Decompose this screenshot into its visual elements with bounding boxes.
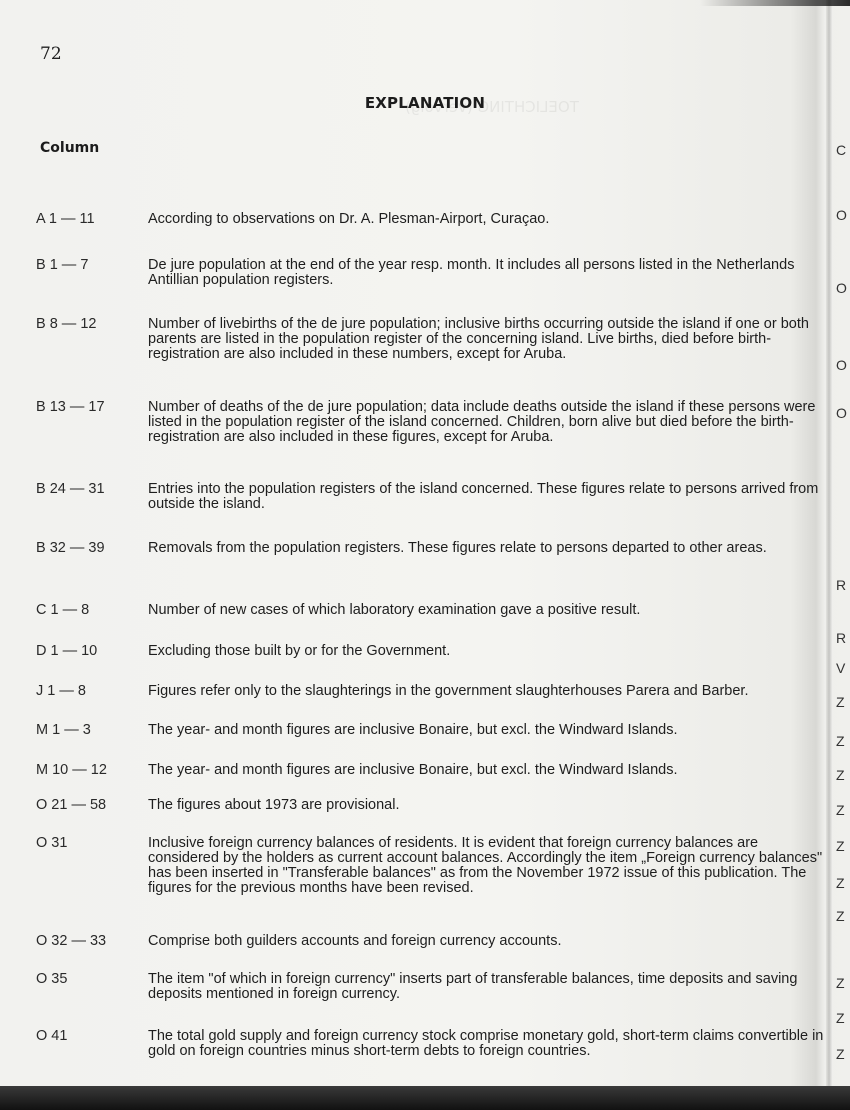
edge-letter: R [836, 630, 846, 646]
entry-o-31: O 31 Inclusive foreign currency balances… [36, 836, 828, 896]
entry-code: O 35 [36, 972, 148, 1002]
edge-letter: Z [836, 802, 845, 818]
entry-text: Removals from the population registers. … [148, 541, 828, 556]
entry-text: Inclusive foreign currency balances of r… [148, 836, 828, 896]
entry-text: Number of livebirths of the de jure popu… [148, 317, 828, 362]
edge-letter: Z [836, 908, 845, 924]
entry-j-1-8: J 1 — 8 Figures refer only to the slaugh… [36, 684, 828, 699]
entry-b-13-17: B 13 — 17 Number of deaths of the de jur… [36, 400, 828, 445]
entry-code: J 1 — 8 [36, 684, 148, 699]
edge-letter: V [836, 660, 845, 676]
edge-letter: O [836, 280, 847, 296]
entry-text: Number of deaths of the de jure populati… [148, 400, 828, 445]
entry-text: Entries into the population registers of… [148, 482, 828, 512]
page-heading: EXPLANATION [0, 94, 850, 112]
entry-c-1-8: C 1 — 8 Number of new cases of which lab… [36, 603, 828, 618]
entry-code: O 31 [36, 836, 148, 896]
entry-o-32-33: O 32 — 33 Comprise both guilders account… [36, 934, 828, 949]
entry-code: B 32 — 39 [36, 541, 148, 556]
edge-letter: Z [836, 767, 845, 783]
entry-code: O 32 — 33 [36, 934, 148, 949]
edge-letter: Z [836, 875, 845, 891]
entry-o-35: O 35 The item "of which in foreign curre… [36, 972, 828, 1002]
entry-text: The figures about 1973 are provisional. [148, 798, 828, 813]
entry-o-21-58: O 21 — 58 The figures about 1973 are pro… [36, 798, 828, 813]
edge-letter: Z [836, 1046, 845, 1062]
entry-m-1-3: M 1 — 3 The year- and month figures are … [36, 723, 828, 738]
entry-text: The item "of which in foreign currency" … [148, 972, 828, 1002]
scan-bottom-edge [0, 1086, 850, 1110]
page-number: 72 [40, 44, 62, 64]
entry-text: The year- and month figures are inclusiv… [148, 723, 828, 738]
entry-text: Figures refer only to the slaughterings … [148, 684, 828, 699]
entry-text: Number of new cases of which laboratory … [148, 603, 828, 618]
entry-text: The year- and month figures are inclusiv… [148, 763, 828, 778]
entry-code: C 1 — 8 [36, 603, 148, 618]
entry-code: M 1 — 3 [36, 723, 148, 738]
book-page: TOELICHTING (vervolg) 72 EXPLANATION Col… [0, 0, 850, 1086]
entry-text: According to observations on Dr. A. Ples… [148, 212, 828, 227]
entry-code: B 24 — 31 [36, 482, 148, 512]
entry-b-24-31: B 24 — 31 Entries into the population re… [36, 482, 828, 512]
edge-letter: O [836, 357, 847, 373]
edge-letter: R [836, 577, 846, 593]
entry-o-41: O 41 The total gold supply and foreign c… [36, 1029, 828, 1059]
entry-code: B 1 — 7 [36, 258, 148, 288]
entry-code: O 41 [36, 1029, 148, 1059]
edge-letter: C [836, 142, 846, 158]
entry-code: M 10 — 12 [36, 763, 148, 778]
edge-letter: O [836, 207, 847, 223]
edge-letter: Z [836, 733, 845, 749]
edge-letter: Z [836, 694, 845, 710]
entry-code: B 13 — 17 [36, 400, 148, 445]
edge-letter: Z [836, 838, 845, 854]
entry-m-10-12: M 10 — 12 The year- and month figures ar… [36, 763, 828, 778]
entry-b-1-7: B 1 — 7 De jure population at the end of… [36, 258, 828, 288]
edge-letter: Z [836, 975, 845, 991]
column-label: Column [40, 140, 99, 156]
edge-letter: O [836, 405, 847, 421]
entry-b-8-12: B 8 — 12 Number of livebirths of the de … [36, 317, 828, 362]
entry-d-1-10: D 1 — 10 Excluding those built by or for… [36, 644, 828, 659]
entry-a-1-11: A 1 — 11 According to observations on Dr… [36, 212, 828, 227]
entry-code: A 1 — 11 [36, 212, 148, 227]
edge-letter: Z [836, 1010, 845, 1026]
entry-text: Comprise both guilders accounts and fore… [148, 934, 828, 949]
entry-text: De jure population at the end of the yea… [148, 258, 828, 288]
entry-text: The total gold supply and foreign curren… [148, 1029, 828, 1059]
entry-code: D 1 — 10 [36, 644, 148, 659]
entry-code: B 8 — 12 [36, 317, 148, 362]
entry-code: O 21 — 58 [36, 798, 148, 813]
entry-b-32-39: B 32 — 39 Removals from the population r… [36, 541, 828, 556]
entry-text: Excluding those built by or for the Gove… [148, 644, 828, 659]
